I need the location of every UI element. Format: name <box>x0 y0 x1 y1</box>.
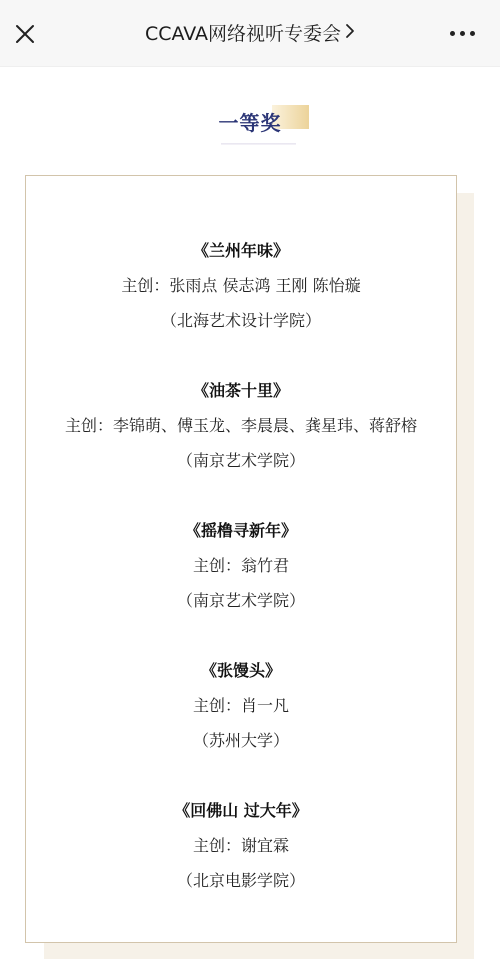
work-title: 《张馒头》 <box>26 654 456 688</box>
more-dots-icon <box>450 31 455 36</box>
section-underline-divider <box>221 143 296 145</box>
chevron-right-icon <box>345 19 355 47</box>
award-entry: 《油茶十里》 主创：李锦萌、傅玉龙、李晨晨、龚星玮、蒋舒榕 （南京艺术学院） <box>26 374 456 514</box>
award-entry: 《张馒头》 主创：肖一凡 （苏州大学） <box>26 654 456 794</box>
more-dots-icon <box>460 31 465 36</box>
work-creators: 主创：肖一凡 <box>26 688 456 724</box>
award-entry: 《摇橹寻新年》 主创：翁竹君 （南京艺术学院） <box>26 514 456 654</box>
work-title: 《油茶十里》 <box>26 374 456 408</box>
award-entry: 《兰州年味》 主创：张雨点 侯志鸿 王刚 陈怡璇 （北海艺术设计学院） <box>26 234 456 374</box>
work-title: 《兰州年味》 <box>26 234 456 268</box>
more-options-button[interactable] <box>448 30 478 38</box>
account-title-link[interactable]: CCAVA网络视听专委会 <box>0 20 500 49</box>
award-list-card: 《兰州年味》 主创：张雨点 侯志鸿 王刚 陈怡璇 （北海艺术设计学院） 《油茶十… <box>25 175 457 943</box>
work-creators: 主创：张雨点 侯志鸿 王刚 陈怡璇 <box>26 268 456 304</box>
work-school: （北京电影学院） <box>26 864 456 898</box>
work-creators: 主创：翁竹君 <box>26 548 456 584</box>
more-dots-icon <box>470 31 475 36</box>
page-title: CCAVA网络视听专委会 <box>145 23 341 45</box>
work-school: （南京艺术学院） <box>26 584 456 618</box>
section-title: 一等奖 <box>0 109 500 137</box>
work-school: （苏州大学） <box>26 724 456 758</box>
work-school: （南京艺术学院） <box>26 444 456 478</box>
work-title: 《回佛山 过大年》 <box>26 794 456 828</box>
award-entry: 《回佛山 过大年》 主创：谢宜霖 （北京电影学院） <box>26 794 456 934</box>
work-title: 《摇橹寻新年》 <box>26 514 456 548</box>
work-creators: 主创：谢宜霖 <box>26 828 456 864</box>
work-creators: 主创：李锦萌、傅玉龙、李晨晨、龚星玮、蒋舒榕 <box>26 408 456 444</box>
award-entries: 《兰州年味》 主创：张雨点 侯志鸿 王刚 陈怡璇 （北海艺术设计学院） 《油茶十… <box>26 234 456 934</box>
work-school: （北海艺术设计学院） <box>26 304 456 338</box>
section-header: 一等奖 <box>0 103 500 153</box>
top-navigation-bar: CCAVA网络视听专委会 <box>0 0 500 67</box>
